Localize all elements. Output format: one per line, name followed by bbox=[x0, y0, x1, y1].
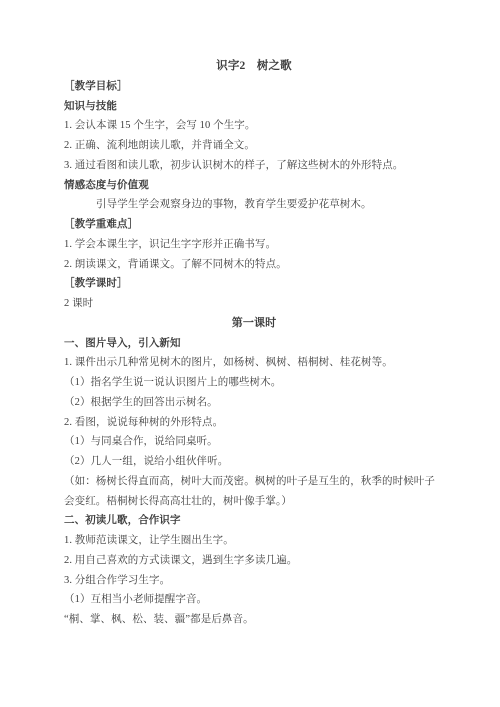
key-point-item-2: 2. 朗读课文，背诵课文。了解不同树木的特点。 bbox=[64, 255, 444, 275]
example-paragraph-line-1: （如：杨树长得直而高，树叶大而茂密。枫树的叶子是互生的，秋季的时候叶子 bbox=[64, 472, 444, 492]
objective-item-3: 3. 通过看图和读儿歌，初步认识树木的样子，了解这些树木的外形特点。 bbox=[64, 156, 444, 176]
example-paragraph-line-2: 会变红。梧桐树长得高高壮壮的，树叶像手掌。） bbox=[64, 492, 444, 512]
section-2-step-2: 2. 用自己喜欢的方式读课文，遇到生字多读几遍。 bbox=[64, 551, 444, 571]
section-1-heading: 一、图片导入，引入新知 bbox=[64, 334, 444, 354]
section-2-heading: 二、初读儿歌，合作识字 bbox=[64, 511, 444, 531]
class-periods-value: 2 课时 bbox=[64, 294, 444, 314]
class-periods-heading: ［教学课时］ bbox=[64, 274, 444, 294]
objective-item-1: 1. 会认本课 15 个生字，会写 10 个生字。 bbox=[64, 116, 444, 136]
pronunciation-note: “桐、掌、枫、松、装、疆”都是后鼻音。 bbox=[64, 610, 444, 630]
affect-values-subheading: 情感态度与价值观 bbox=[64, 176, 444, 196]
section-1-step-2: 2. 看图，说说每种树的外形特点。 bbox=[64, 413, 444, 433]
key-point-item-1: 1. 学会本课生字，识记生字字形并正确书写。 bbox=[64, 235, 444, 255]
section-2-step-3: 3. 分组合作学习生字。 bbox=[64, 571, 444, 591]
document-content: 识字2 树之歌［教学目标］知识与技能1. 会认本课 15 个生字，会写 10 个… bbox=[0, 0, 500, 630]
section-1-step-2-sub-2: （2）几人一组，说给小组伙伴听。 bbox=[64, 452, 444, 472]
first-period-heading: 第一课时 bbox=[64, 314, 444, 334]
section-2-step-3-sub-1: （1）互相当小老师提醒字音。 bbox=[64, 590, 444, 610]
section-2-step-1: 1. 教师范读课文，让学生圈出生字。 bbox=[64, 531, 444, 551]
section-1-step-2-sub-1: （1）与同桌合作，说给同桌听。 bbox=[64, 432, 444, 452]
section-1-step-1: 1. 课件出示几种常见树木的图片，如杨树、枫树、梧桐树、桂花树等。 bbox=[64, 353, 444, 373]
teaching-objectives-heading: ［教学目标］ bbox=[64, 77, 444, 97]
key-difficult-points-heading: ［教学重难点］ bbox=[64, 215, 444, 235]
lesson-title: 识字2 树之歌 bbox=[64, 57, 444, 77]
section-1-step-1-sub-2: （2）根据学生的回答出示树名。 bbox=[64, 393, 444, 413]
knowledge-skills-subheading: 知识与技能 bbox=[64, 97, 444, 117]
affect-values-paragraph: 引导学生学会观察身边的事物，教育学生要爱护花草树木。 bbox=[64, 195, 444, 215]
objective-item-2: 2. 正确、流利地朗读儿歌，并背诵全文。 bbox=[64, 136, 444, 156]
document-page: 识字2 树之歌［教学目标］知识与技能1. 会认本课 15 个生字，会写 10 个… bbox=[0, 0, 500, 707]
section-1-step-1-sub-1: （1）指名学生说一说认识图片上的哪些树木。 bbox=[64, 373, 444, 393]
